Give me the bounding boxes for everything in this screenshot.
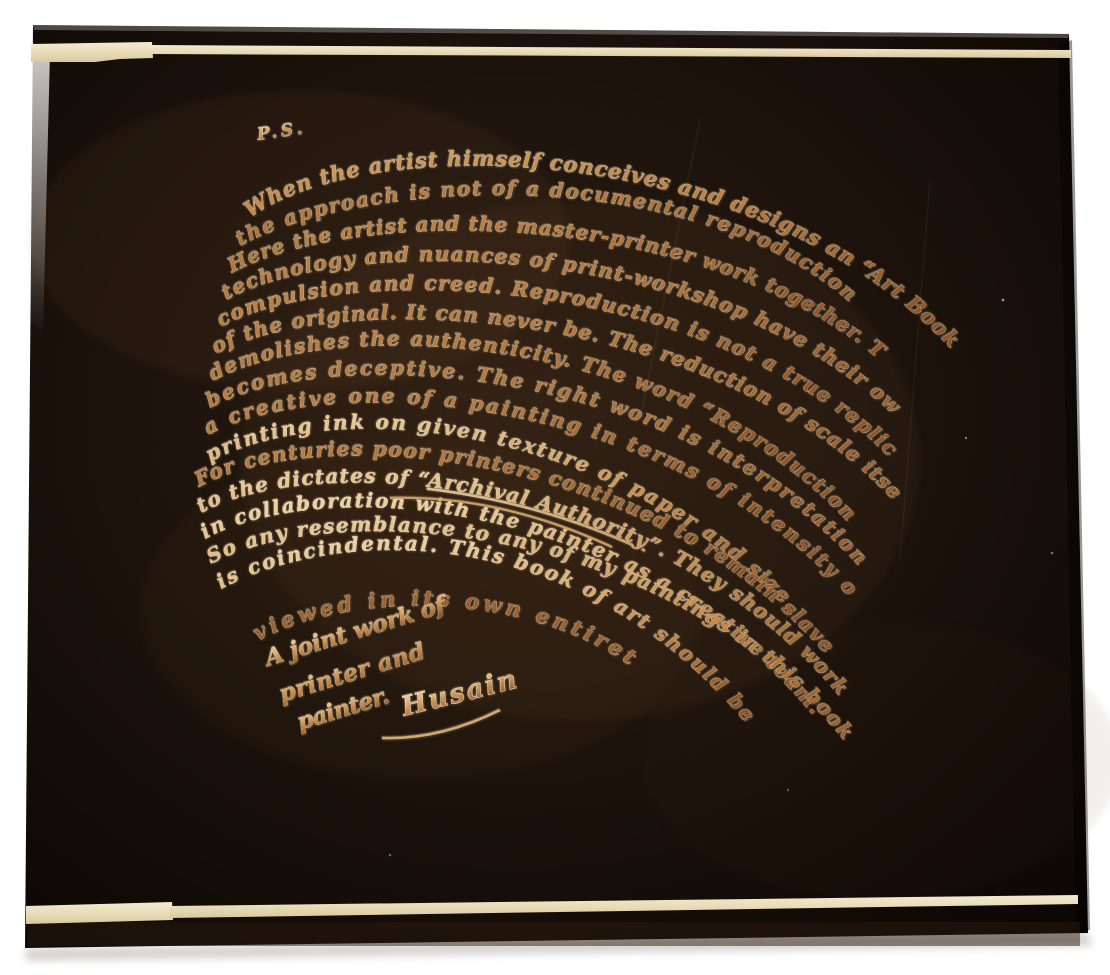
book-photo: P.S. When the artist himself conceives a… <box>0 0 1110 975</box>
photo-backdrop: P.S. When the artist himself conceives a… <box>0 0 1110 975</box>
